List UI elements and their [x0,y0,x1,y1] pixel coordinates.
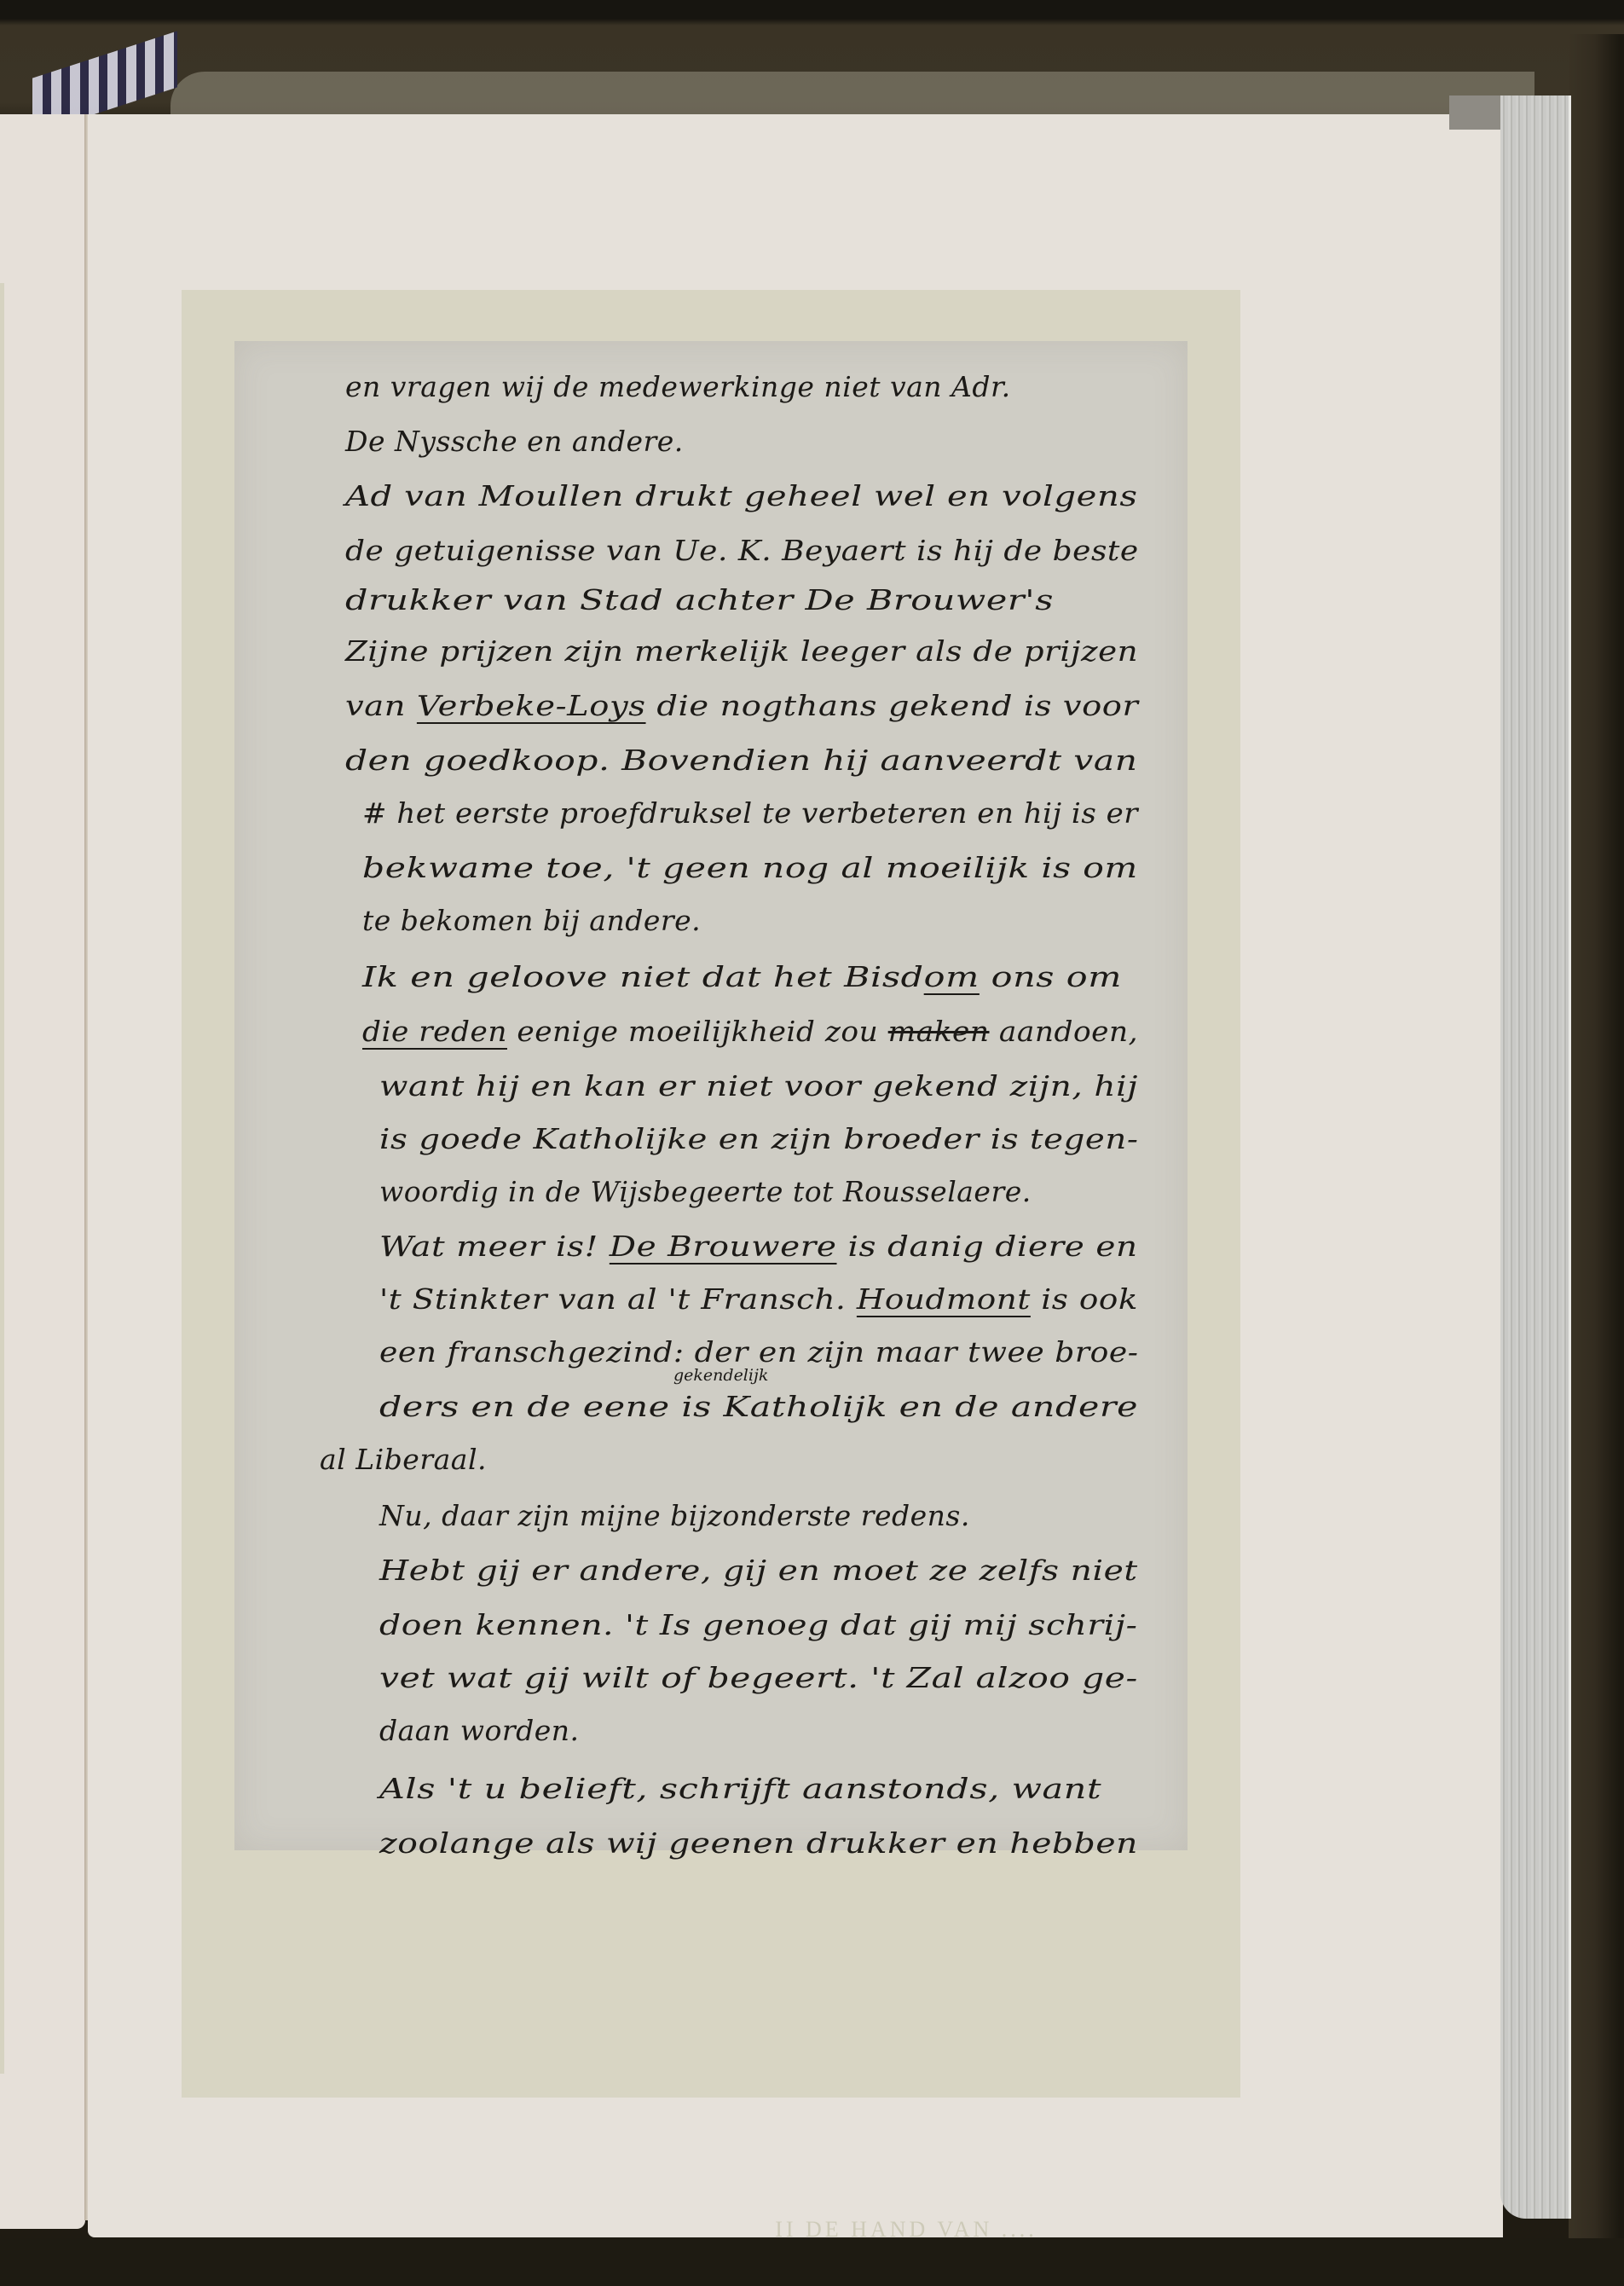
manuscript-line: te bekomen bij andere. [362,904,701,937]
manuscript-line: en vragen wij de medewerkinge niet van A… [345,370,1011,403]
manuscript-line: # het eerste proefdruksel te verbeteren … [362,796,1138,830]
manuscript-line: vet wat gij wilt of begeert. 't Zal alzo… [379,1661,1138,1694]
manuscript-line: zoolange als wij geenen drukker en hebbe… [379,1826,1138,1860]
manuscript-facsimile: en vragen wij de medewerkinge niet van A… [234,341,1188,1850]
page-stack-fore-edge [1500,95,1571,2219]
manuscript-line: Zijne prijzen zijn merkelijk leeger als … [345,634,1138,668]
manuscript-line: een franschgezind: der en zijn maar twee… [379,1335,1139,1369]
manuscript-line: bekwame toe, 't geen nog al moeilijk is … [362,851,1138,884]
left-page-plate-edge [0,283,4,2074]
manuscript-line: Ad van Moullen drukt geheel wel en volge… [345,479,1138,512]
manuscript-line: Wat meer is! De Brouwere is danig diere … [379,1230,1138,1263]
manuscript-line: is goede Katholijke en zijn broeder is t… [379,1122,1138,1155]
manuscript-line: woordig in de Wijsbegeerte tot Rousselae… [379,1175,1032,1208]
manuscript-line: De Nyssche en andere. [345,425,684,458]
manuscript-line: van Verbeke-Loys die nogthans gekend is … [345,689,1138,722]
manuscript-line: de getuigenisse van Ue. K. Beyaert is hi… [345,534,1139,567]
manuscript-line: den goedkoop. Bovendien hij aanveerdt va… [345,744,1138,777]
manuscript-line: Ik en geloove niet dat het Bisdom ons om [362,960,1122,993]
manuscript-line: drukker van Stad achter De Brouwer's [345,583,1054,616]
manuscript-insertion: gekendelijk [673,1366,768,1385]
book-cover-right [1569,34,1624,2286]
manuscript-line: Als 't u belieft, schrijft aanstonds, wa… [379,1772,1101,1805]
manuscript-line: doen kennen. 't Is genoeg dat gij mij sc… [379,1608,1137,1641]
show-through-caption: II DE HAND VAN .... [625,2217,1188,2251]
left-page [0,114,85,2229]
manuscript-line: Hebt gij er andere, gij en moet ze zelfs… [379,1554,1138,1587]
manuscript-line: 't Stinkter van al 't Fransch. Houdmont … [379,1282,1138,1316]
manuscript-line: Nu, daar zijn mijne bijzonderste redens. [379,1499,970,1532]
manuscript-line: ders en de eene is Katholijk en de ander… [379,1390,1138,1423]
book-top-edge [170,72,1534,116]
manuscript-line: al Liberaal. [320,1443,487,1476]
manuscript-line: daan worden. [379,1714,580,1747]
manuscript-line: want hij en kan er niet voor gekend zijn… [379,1069,1138,1102]
manuscript-line: die reden eenige moeilijkheid zou maken … [362,1015,1138,1048]
